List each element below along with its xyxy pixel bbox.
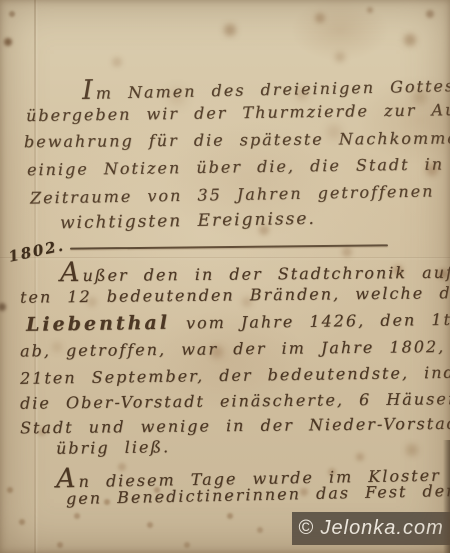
watermark: © Jelonka.com [292,512,450,545]
handwritten-line: ten 12 bedeutenden Bränden, welche die S… [20,283,450,306]
handwritten-line: Außer den in der Stadtchronik aufgezeich… [60,254,450,288]
handwritten-line: Stadt und wenige in der Nieder-Vorstadt [20,415,450,437]
handwritten-line: ab, getroffen, war der im Jahre 1802, de… [20,338,450,361]
handwritten-line: 21ten September, der bedeutendste, indem… [20,362,450,387]
handwritten-line: wichtigsten Ereignisse. [60,210,316,233]
margin-year: 1802. [7,236,66,265]
handwritten-line-rest: vom Jahre 1426, den 1ten October [186,308,450,332]
handwritten-line: die Ober-Vorstadt einäscherte, 6 Häuser … [20,389,450,412]
handwritten-line: Zeitraume von 35 Jahren getroffenen [30,182,435,207]
place-name: Liebenthal [26,312,170,336]
handwritten-line: einige Notizen über die, die Stadt in de… [27,155,450,179]
handwritten-line: bewahrung für die späteste Nachkommensch… [24,129,450,151]
fold-crease-vertical [34,0,36,553]
separator-rule [70,244,388,249]
handwritten-line: Liebenthalvom Jahre 1426, den 1ten Octob… [26,307,450,335]
handwritten-line: übergeben wir der Thurmzierde zur Auf- [26,101,450,125]
watermark-text: © Jelonka.com [298,517,444,540]
handwritten-line: übrig ließ. [56,438,170,457]
foxing-stains [0,0,4,4]
manuscript-page: Im Namen des dreieinigen Gottes, übergeb… [0,0,450,553]
